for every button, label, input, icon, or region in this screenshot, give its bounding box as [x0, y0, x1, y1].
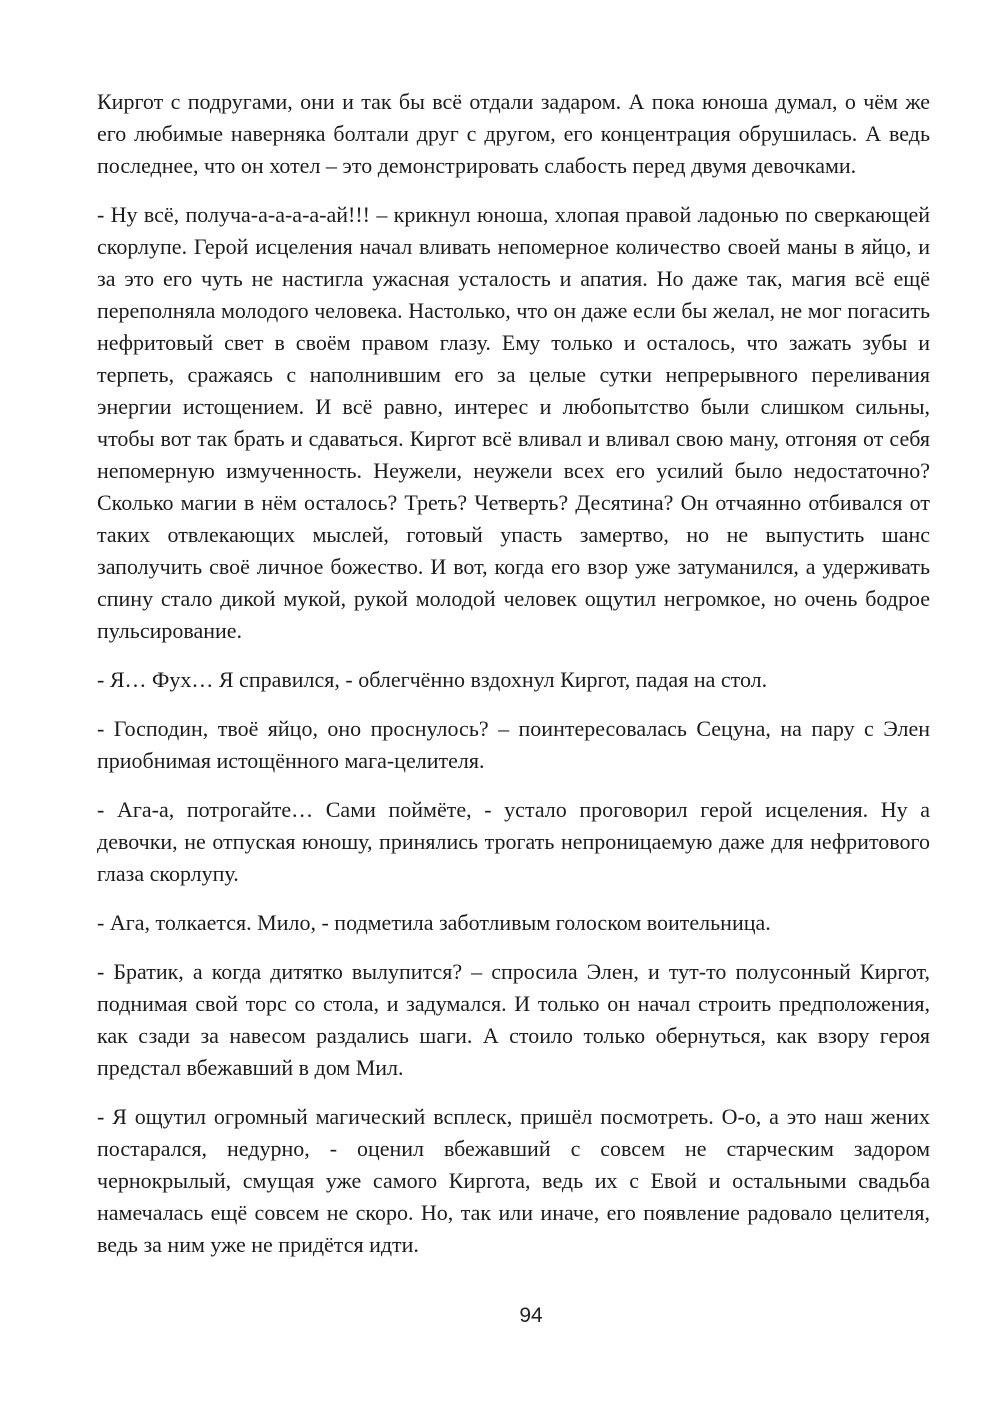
paragraph: Киргот с подругами, они и так бы всё отд…: [97, 86, 930, 182]
book-page: Киргот с подругами, они и так бы всё отд…: [0, 0, 1000, 1414]
paragraph: - Я ощутил огромный магический всплеск, …: [97, 1101, 930, 1261]
paragraph: - Ну всё, получа-а-а-а-а-ай!!! – крикнул…: [97, 199, 930, 647]
paragraph: - Я… Фух… Я справился, - облегчённо вздо…: [97, 664, 930, 696]
paragraph: - Господин, твоё яйцо, оно проснулось? –…: [97, 713, 930, 777]
paragraph: - Ага-а, потрогайте… Сами поймёте, - уст…: [97, 794, 930, 890]
page-number: 94: [481, 1304, 581, 1328]
paragraph: - Ага, толкается. Мило, - подметила забо…: [97, 907, 930, 939]
text-block: Киргот с подругами, они и так бы всё отд…: [97, 86, 930, 1261]
paragraph: - Братик, а когда дитятко вылупится? – с…: [97, 956, 930, 1084]
